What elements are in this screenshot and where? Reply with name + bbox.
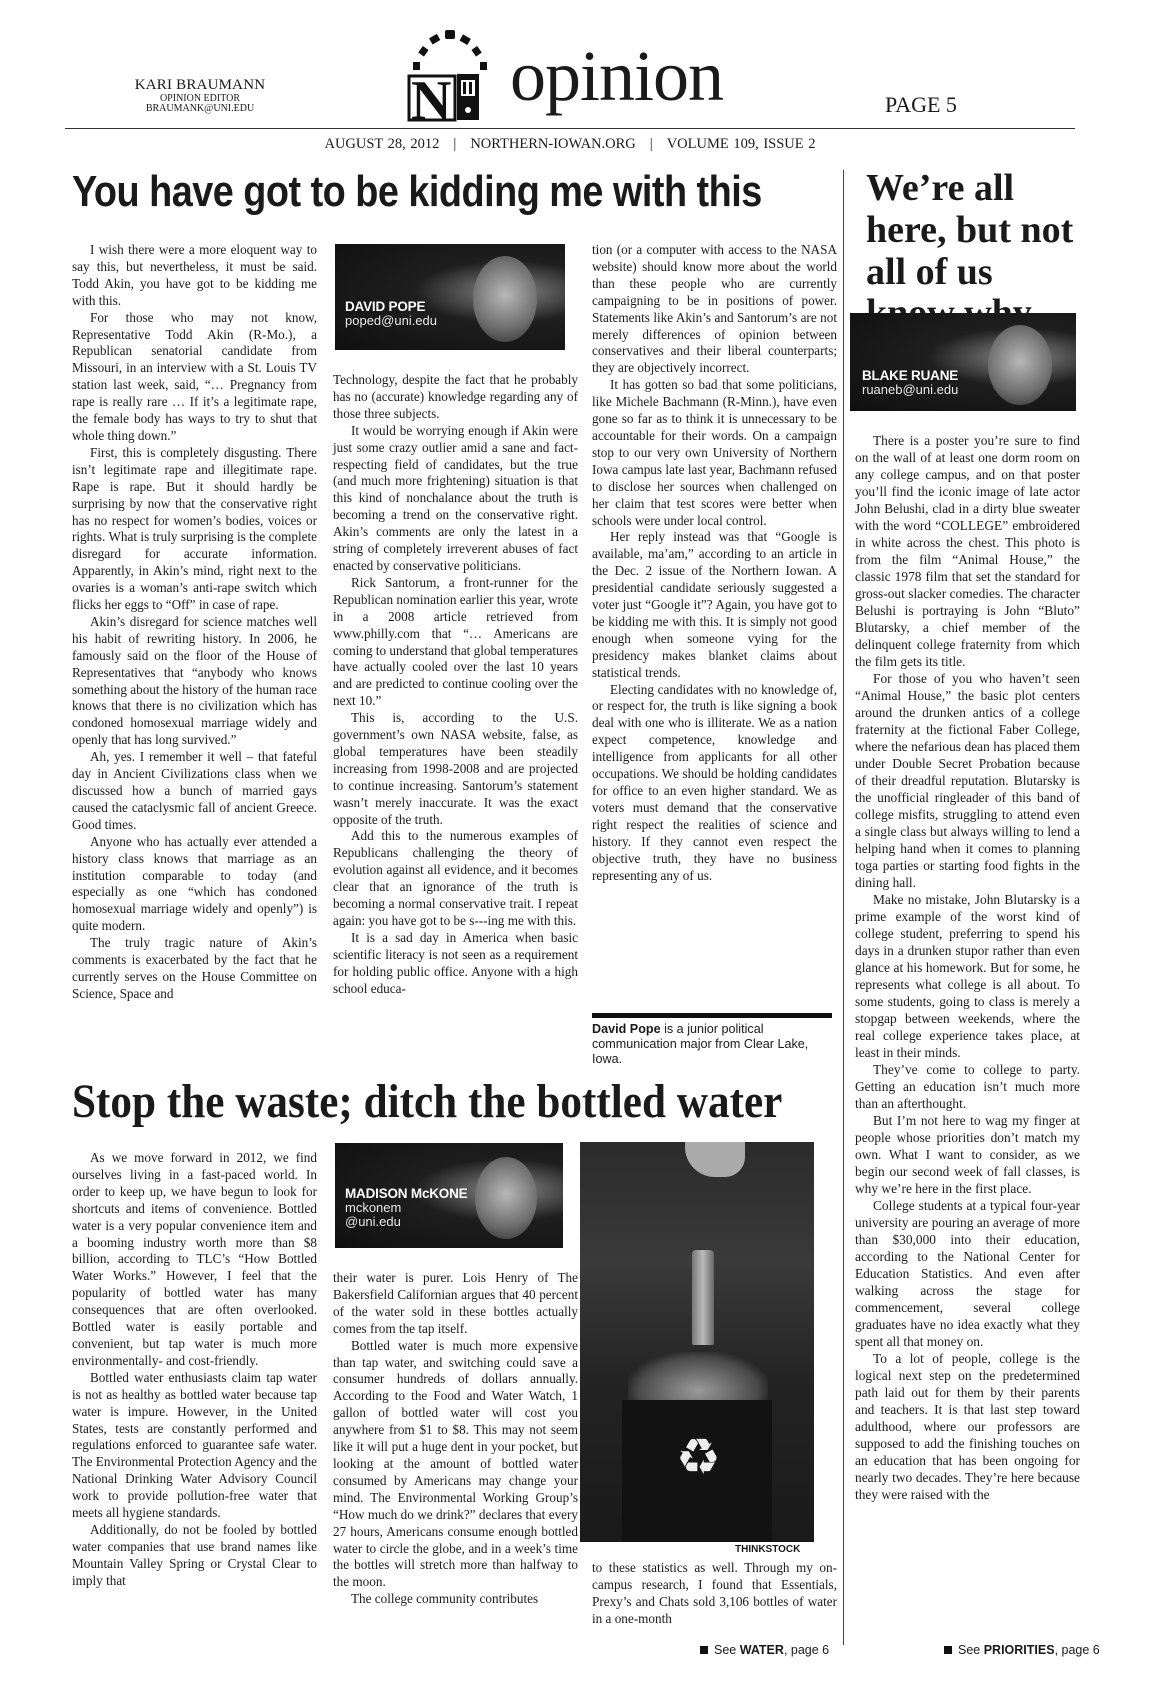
paragraph: their water is purer. Lois Henry of The …: [333, 1270, 578, 1338]
editor-credit: KARI BRAUMANN OPINION EDITOR BRAUMANK@UN…: [95, 78, 305, 115]
paragraph: The truly tragic nature of Akin’s commen…: [72, 935, 317, 1003]
paragraph: But I’m not here to wag my finger at peo…: [855, 1112, 1080, 1197]
paragraph: The college community contributes: [333, 1591, 578, 1608]
headline-college: We’re all here, but not all of us know w…: [866, 168, 1076, 335]
author-name: MADISON McKONE: [345, 1187, 467, 1201]
water-column-1: As we move forward in 2012, we find ours…: [72, 1150, 317, 1590]
bio-name: David Pope: [592, 1022, 661, 1036]
page-number: PAGE 5: [885, 92, 957, 118]
bullet-square-icon: [944, 1646, 952, 1654]
paragraph: I wish there were a more eloquent way to…: [72, 242, 317, 310]
article-column-1: I wish there were a more eloquent way to…: [72, 242, 317, 1003]
jump-keyword: PRIORITIES: [984, 1643, 1055, 1657]
author-photo-madison-mckone: MADISON McKONE mckonem @uni.edu: [335, 1143, 563, 1248]
headline-bottled-water: Stop the waste; ditch the bottled water: [72, 1078, 756, 1126]
paragraph: Additionally, do not be fooled by bottle…: [72, 1522, 317, 1590]
column-divider: [843, 170, 844, 1645]
paragraph: There is a poster you’re sure to find on…: [855, 432, 1080, 670]
paragraph: Bottled water is much more expensive tha…: [333, 1338, 578, 1592]
paragraph: tion (or a computer with access to the N…: [592, 242, 837, 377]
jump-page: , page 6: [784, 1643, 829, 1657]
paragraph: to these statistics as well. Through my …: [592, 1560, 837, 1628]
paragraph: It is a sad day in America when basic sc…: [333, 930, 578, 998]
author-photo-david-pope: DAVID POPE poped@uni.edu: [335, 244, 565, 350]
article-column-right: There is a poster you’re sure to find on…: [855, 432, 1080, 1503]
author-byline: DAVID POPE poped@uni.edu: [345, 300, 437, 328]
paragraph: As we move forward in 2012, we find ours…: [72, 1150, 317, 1370]
paragraph: This is, according to the U.S. governmen…: [333, 710, 578, 828]
bottle-heap: [628, 1352, 768, 1407]
paragraph: Her reply instead was that “Google is av…: [592, 529, 837, 681]
headline-akin: You have got to be kidding me with this: [72, 170, 726, 214]
separator: |: [453, 136, 456, 152]
jump-prefix: See: [714, 1643, 740, 1657]
photo-credit: THINKSTOCK: [735, 1544, 800, 1555]
article-column-2: Technology, despite the fact that he pro…: [333, 372, 578, 998]
paragraph: Anyone who has actually ever attended a …: [72, 834, 317, 935]
portrait: [473, 256, 537, 342]
separator: |: [650, 136, 653, 152]
jump-prefix: See: [958, 1643, 984, 1657]
author-name: BLAKE RUANE: [862, 369, 958, 383]
portrait: [988, 325, 1052, 405]
author-email[interactable]: mckonem: [345, 1201, 467, 1215]
paragraph: To a lot of people, college is the logic…: [855, 1350, 1080, 1503]
bio-rule: [592, 1013, 832, 1018]
paragraph: Technology, despite the fact that he pro…: [333, 372, 578, 423]
svg-text:N: N: [411, 70, 451, 122]
bottled-water-photo: ♻: [580, 1142, 814, 1542]
paragraph: It has gotten so bad that some politicia…: [592, 377, 837, 529]
dateline: AUGUST 28, 2012|NORTHERN-IOWAN.ORG|VOLUM…: [65, 136, 1075, 153]
paragraph: Rick Santorum, a front-runner for the Re…: [333, 575, 578, 710]
paragraph: Add this to the numerous examples of Rep…: [333, 828, 578, 929]
paragraph: It would be worrying enough if Akin were…: [333, 423, 578, 575]
issue-date: AUGUST 28, 2012: [324, 136, 439, 152]
author-photo-blake-ruane: BLAKE RUANE ruaneb@uni.edu: [850, 313, 1076, 411]
editor-name: KARI BRAUMANN: [95, 78, 305, 94]
recycle-icon: ♻: [676, 1432, 721, 1482]
paragraph: For those of you who haven’t seen “Anima…: [855, 670, 1080, 891]
paragraph: Bottled water enthusiasts claim tap wate…: [72, 1370, 317, 1522]
author-byline: BLAKE RUANE ruaneb@uni.edu: [862, 369, 958, 397]
newspaper-logo-icon: N: [405, 30, 495, 122]
paragraph: College students at a typical four-year …: [855, 1197, 1080, 1350]
author-bio: David Pope is a junior political communi…: [592, 1022, 837, 1067]
hand-shape: [685, 1142, 745, 1177]
author-email-domain[interactable]: @uni.edu: [345, 1215, 467, 1229]
section-title: opinion: [510, 40, 723, 112]
paragraph: For those who may not know, Representati…: [72, 310, 317, 445]
author-name: DAVID POPE: [345, 300, 437, 314]
portrait: [475, 1157, 537, 1239]
paragraph: They’ve come to college to party. Gettin…: [855, 1061, 1080, 1112]
jump-link-priorities[interactable]: See PRIORITIES, page 6: [944, 1643, 1100, 1657]
paragraph: Akin’s disregard for science matches wel…: [72, 614, 317, 749]
editor-email: BRAUMANK@UNI.EDU: [95, 104, 305, 115]
jump-page: , page 6: [1055, 1643, 1100, 1657]
author-email[interactable]: poped@uni.edu: [345, 314, 437, 328]
paragraph: Electing candidates with no knowledge of…: [592, 682, 837, 885]
falling-bottle: [692, 1250, 714, 1345]
bullet-square-icon: [700, 1646, 708, 1654]
article-column-3: tion (or a computer with access to the N…: [592, 242, 837, 884]
author-email[interactable]: ruaneb@uni.edu: [862, 383, 958, 397]
jump-keyword: WATER: [740, 1643, 784, 1657]
water-column-3: to these statistics as well. Through my …: [592, 1560, 837, 1628]
paragraph: Ah, yes. I remember it well – that fatef…: [72, 749, 317, 834]
masthead-rule: [65, 128, 1075, 129]
website-link[interactable]: NORTHERN-IOWAN.ORG: [470, 136, 635, 152]
water-column-2: their water is purer. Lois Henry of The …: [333, 1270, 578, 1608]
paragraph: Make no mistake, John Blutarsky is a pri…: [855, 891, 1080, 1061]
jump-link-water[interactable]: See WATER, page 6: [700, 1643, 829, 1657]
author-byline: MADISON McKONE mckonem @uni.edu: [345, 1187, 467, 1228]
paragraph: First, this is completely disgusting. Th…: [72, 445, 317, 614]
volume-issue: VOLUME 109, ISSUE 2: [667, 136, 816, 152]
